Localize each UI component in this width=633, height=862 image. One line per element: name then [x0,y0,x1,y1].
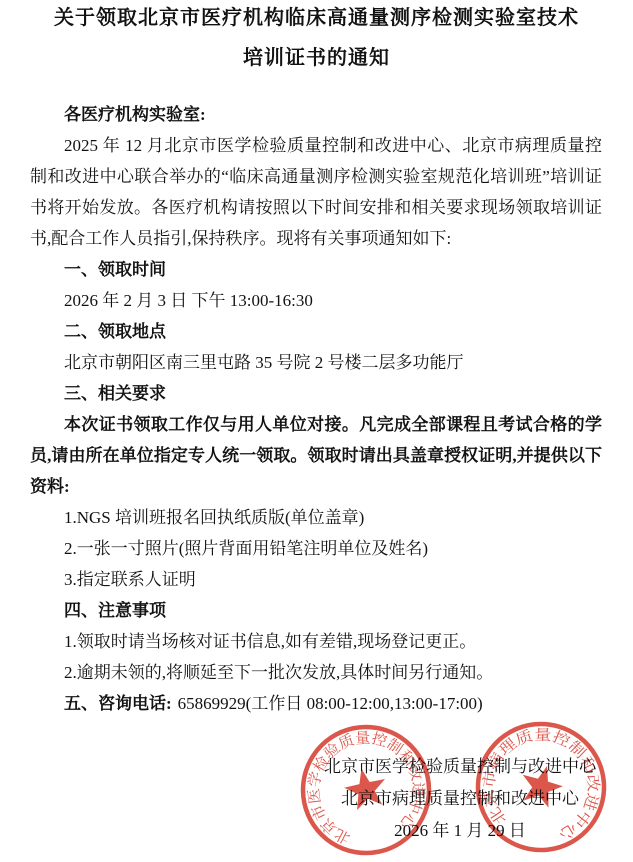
list-item: 1.NGS 培训班报名回执纸质版(单位盖章) [30,502,602,533]
notice-title-line1: 关于领取北京市医疗机构临床高通量测序检测实验室技术 [0,0,633,38]
list-item: 3.指定联系人证明 [30,564,602,595]
section-heading-5: 五、咨询电话: [64,694,172,713]
phone-number-text: 65869929(工作日 08:00-12:00,13:00-17:00) [178,694,483,713]
pickup-time-line: 2026 年 2 月 3 日 下午 13:00-16:30 [30,285,602,316]
notice-body: 各医疗机构实验室: 2025 年 12 月北京市医学检验质量控制和改进中心、北京… [30,99,602,719]
intro-paragraph: 2025 年 12 月北京市医学检验质量控制和改进中心、北京市病理质量控制和改进… [30,130,602,254]
notice-title-line2: 培训证书的通知 [0,38,633,78]
requirements-paragraph: 本次证书领取工作仅与用人单位对接。凡完成全部课程且考试合格的学员,请由所在单位指… [30,409,602,502]
list-item: 1.领取时请当场核对证书信息,如有差错,现场登记更正。 [30,626,602,657]
list-item: 2.一张一寸照片(照片背面用铅笔注明单位及姓名) [30,533,602,564]
official-seal-left: 北京市医学检验质量控制和改进中心 [291,715,441,862]
salutation: 各医疗机构实验室: [30,99,602,130]
section-heading-3: 三、相关要求 [30,378,602,409]
notice-document: 关于领取北京市医疗机构临床高通量测序检测实验室技术 培训证书的通知 各医疗机构实… [0,0,633,862]
section-heading-4: 四、注意事项 [30,595,602,626]
section-heading-1: 一、领取时间 [30,254,602,285]
notice-title: 关于领取北京市医疗机构临床高通量测序检测实验室技术 培训证书的通知 [0,0,633,78]
section-heading-2: 二、领取地点 [30,316,602,347]
pickup-address-line: 北京市朝阳区南三里屯路 35 号院 2 号楼二层多功能厅 [30,347,602,378]
list-item: 2.逾期未领的,将顺延至下一批次发放,具体时间另行通知。 [30,657,602,688]
official-seal-right: 北京市病理质量控制和改进中心 [466,712,616,862]
star-icon [516,760,567,810]
star-icon [341,764,390,812]
